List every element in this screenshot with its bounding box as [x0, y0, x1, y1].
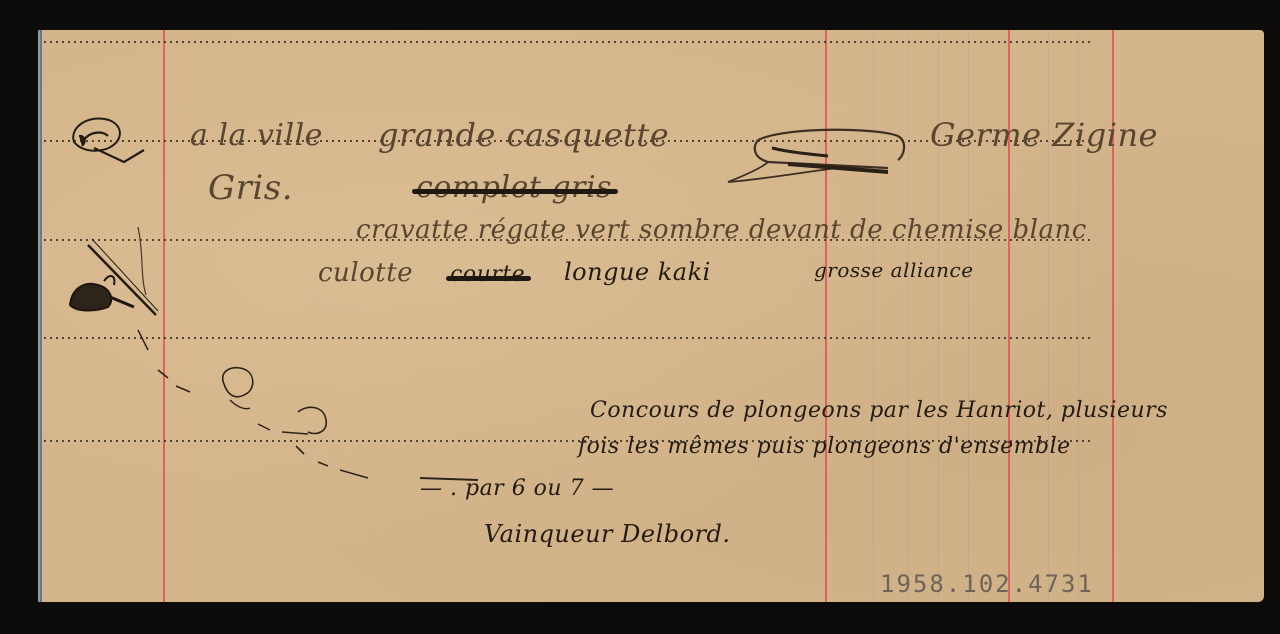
- struck-text-complet-gris: complet gris: [416, 170, 612, 205]
- text-germe-zigine: Germe Zigine: [930, 116, 1158, 154]
- inventory-number: 1958.102.4731: [880, 570, 1094, 598]
- document-page: a la ville grande casquette Germe Zigine…: [38, 30, 1264, 602]
- faint-column-rule: [873, 30, 874, 602]
- text-gris: Gris.: [208, 168, 293, 208]
- dotted-rule: [42, 41, 1092, 43]
- text-vainqueur-delbord: Vainqueur Delbord.: [484, 520, 731, 548]
- blue-margin-rule-edge: [38, 30, 40, 602]
- text-concours: Concours de plongeons par les Hanriot, p…: [590, 398, 1168, 423]
- struck-text-courte: courte: [450, 262, 525, 287]
- text-longue-kaki: longue kaki: [564, 258, 711, 286]
- red-column-rule: [825, 30, 827, 602]
- text-a-la-ville: a la ville: [190, 118, 323, 153]
- dive-trajectory-sketch-icon: [138, 320, 498, 500]
- text-fois-les-memes: fois les mêmes puis plongeons d'ensemble: [578, 434, 1071, 459]
- text-culotte: culotte: [318, 258, 413, 288]
- head-sketch-icon: [64, 112, 154, 172]
- text-grande-casquette: grande casquette: [378, 116, 669, 154]
- text-cravatte-line: cravatte régate vert sombre devant de ch…: [356, 215, 1087, 245]
- text-grosse-alliance: grosse alliance: [814, 258, 974, 282]
- figure-with-stick-sketch-icon: [64, 215, 164, 335]
- blue-margin-rule: [40, 30, 42, 602]
- cap-sketch-icon: [728, 120, 918, 190]
- faint-column-rule: [908, 30, 909, 602]
